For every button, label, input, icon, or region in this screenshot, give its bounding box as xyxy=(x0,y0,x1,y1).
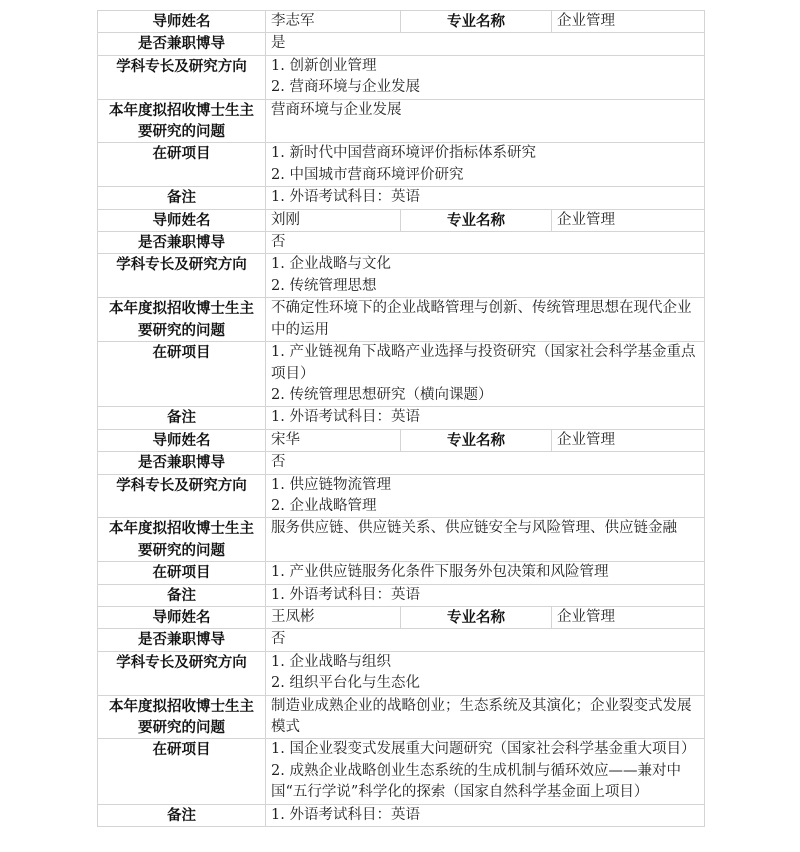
row-projects: 在研项目 1. 国企业裂变式发展重大问题研究（国家社会科学基金重大项目）2. 成… xyxy=(98,739,705,804)
row-specialty: 学科专长及研究方向 1. 企业战略与文化2. 传统管理思想 xyxy=(98,254,705,298)
advisor-table: 导师姓名 李志军 专业名称 企业管理 是否兼职博导 是 学科专长及研究方向 1.… xyxy=(97,10,705,827)
label-topics: 本年度拟招收博士生主要研究的问题 xyxy=(98,298,266,342)
label-parttime: 是否兼职博导 xyxy=(98,232,266,254)
label-major: 专业名称 xyxy=(401,606,552,628)
row-topics: 本年度拟招收博士生主要研究的问题 营商环境与企业发展 xyxy=(98,99,705,143)
row-parttime: 是否兼职博导 否 xyxy=(98,232,705,254)
value-line: 营商环境与企业发展 xyxy=(271,100,699,121)
row-projects: 在研项目 1. 产业供应链服务化条件下服务外包决策和风险管理 xyxy=(98,562,705,584)
major-value: 企业管理 xyxy=(552,429,705,451)
value-line: 2. 营商环境与企业发展 xyxy=(271,77,699,98)
label-projects: 在研项目 xyxy=(98,739,266,804)
row-specialty: 学科专长及研究方向 1. 企业战略与组织2. 组织平台化与生态化 xyxy=(98,651,705,695)
label-advisor-name: 导师姓名 xyxy=(98,429,266,451)
parttime-value: 是 xyxy=(266,33,705,55)
label-specialty: 学科专长及研究方向 xyxy=(98,254,266,298)
row-specialty: 学科专长及研究方向 1. 创新创业管理2. 营商环境与企业发展 xyxy=(98,55,705,99)
label-notes: 备注 xyxy=(98,187,266,209)
value-line: 1. 供应链物流管理 xyxy=(271,475,699,496)
label-parttime: 是否兼职博导 xyxy=(98,33,266,55)
value-line: 1. 外语考试科目：英语 xyxy=(271,805,699,826)
notes-value: 1. 外语考试科目：英语 xyxy=(266,187,705,209)
topics-value: 营商环境与企业发展 xyxy=(266,99,705,143)
label-advisor-name: 导师姓名 xyxy=(98,209,266,231)
value-line: 2. 中国城市营商环境评价研究 xyxy=(271,165,699,186)
row-projects: 在研项目 1. 产业链视角下战略产业选择与投资研究（国家社会科学基金重点项目）2… xyxy=(98,342,705,407)
row-advisor-name: 导师姓名 刘刚 专业名称 企业管理 xyxy=(98,209,705,231)
label-notes: 备注 xyxy=(98,407,266,429)
row-parttime: 是否兼职博导 否 xyxy=(98,629,705,651)
value-line: 1. 新时代中国营商环境评价指标体系研究 xyxy=(271,143,699,164)
label-topics: 本年度拟招收博士生主要研究的问题 xyxy=(98,99,266,143)
advisor-name: 李志军 xyxy=(266,11,401,33)
value-line: 1. 外语考试科目：英语 xyxy=(271,407,699,428)
projects-value: 1. 产业链视角下战略产业选择与投资研究（国家社会科学基金重点项目）2. 传统管… xyxy=(266,342,705,407)
label-topics: 本年度拟招收博士生主要研究的问题 xyxy=(98,518,266,562)
specialty-value: 1. 供应链物流管理2. 企业战略管理 xyxy=(266,474,705,518)
value-line: 2. 传统管理思想 xyxy=(271,276,699,297)
row-notes: 备注 1. 外语考试科目：英语 xyxy=(98,407,705,429)
row-notes: 备注 1. 外语考试科目：英语 xyxy=(98,804,705,826)
topics-value: 不确定性环境下的企业战略管理与创新、传统管理思想在现代企业中的运用 xyxy=(266,298,705,342)
label-parttime: 是否兼职博导 xyxy=(98,452,266,474)
specialty-value: 1. 企业战略与组织2. 组织平台化与生态化 xyxy=(266,651,705,695)
label-advisor-name: 导师姓名 xyxy=(98,11,266,33)
specialty-value: 1. 创新创业管理2. 营商环境与企业发展 xyxy=(266,55,705,99)
label-advisor-name: 导师姓名 xyxy=(98,606,266,628)
row-topics: 本年度拟招收博士生主要研究的问题 服务供应链、供应链关系、供应链安全与风险管理、… xyxy=(98,518,705,562)
value-line: 1. 产业链视角下战略产业选择与投资研究（国家社会科学基金重点项目） xyxy=(271,342,699,385)
major-value: 企业管理 xyxy=(552,606,705,628)
topics-value: 制造业成熟企业的战略创业；生态系统及其演化；企业裂变式发展模式 xyxy=(266,695,705,739)
label-projects: 在研项目 xyxy=(98,562,266,584)
value-line: 2. 成熟企业战略创业生态系统的生成机制与循环效应——兼对中国“五行学说”科学化… xyxy=(271,761,699,804)
notes-value: 1. 外语考试科目：英语 xyxy=(266,804,705,826)
label-topics: 本年度拟招收博士生主要研究的问题 xyxy=(98,695,266,739)
notes-value: 1. 外语考试科目：英语 xyxy=(266,407,705,429)
topics-value: 服务供应链、供应链关系、供应链安全与风险管理、供应链金融 xyxy=(266,518,705,562)
value-line: 1. 产业供应链服务化条件下服务外包决策和风险管理 xyxy=(271,562,699,583)
row-notes: 备注 1. 外语考试科目：英语 xyxy=(98,187,705,209)
row-parttime: 是否兼职博导 是 xyxy=(98,33,705,55)
label-projects: 在研项目 xyxy=(98,342,266,407)
advisor-name: 刘刚 xyxy=(266,209,401,231)
row-specialty: 学科专长及研究方向 1. 供应链物流管理2. 企业战略管理 xyxy=(98,474,705,518)
row-notes: 备注 1. 外语考试科目：英语 xyxy=(98,584,705,606)
value-line: 不确定性环境下的企业战略管理与创新、传统管理思想在现代企业中的运用 xyxy=(271,298,699,341)
major-value: 企业管理 xyxy=(552,11,705,33)
row-topics: 本年度拟招收博士生主要研究的问题 不确定性环境下的企业战略管理与创新、传统管理思… xyxy=(98,298,705,342)
label-major: 专业名称 xyxy=(401,209,552,231)
value-line: 1. 国企业裂变式发展重大问题研究（国家社会科学基金重大项目） xyxy=(271,739,699,760)
label-major: 专业名称 xyxy=(401,11,552,33)
row-advisor-name: 导师姓名 王凤彬 专业名称 企业管理 xyxy=(98,606,705,628)
projects-value: 1. 产业供应链服务化条件下服务外包决策和风险管理 xyxy=(266,562,705,584)
value-line: 服务供应链、供应链关系、供应链安全与风险管理、供应链金融 xyxy=(271,518,699,539)
label-specialty: 学科专长及研究方向 xyxy=(98,474,266,518)
notes-value: 1. 外语考试科目：英语 xyxy=(266,584,705,606)
projects-value: 1. 新时代中国营商环境评价指标体系研究2. 中国城市营商环境评价研究 xyxy=(266,143,705,187)
major-value: 企业管理 xyxy=(552,209,705,231)
parttime-value: 否 xyxy=(266,232,705,254)
label-notes: 备注 xyxy=(98,804,266,826)
value-line: 1. 外语考试科目：英语 xyxy=(271,585,699,606)
label-parttime: 是否兼职博导 xyxy=(98,629,266,651)
value-line: 2. 企业战略管理 xyxy=(271,496,699,517)
specialty-value: 1. 企业战略与文化2. 传统管理思想 xyxy=(266,254,705,298)
value-line: 2. 传统管理思想研究（横向课题） xyxy=(271,385,699,406)
parttime-value: 否 xyxy=(266,452,705,474)
value-line: 1. 企业战略与文化 xyxy=(271,254,699,275)
row-parttime: 是否兼职博导 否 xyxy=(98,452,705,474)
row-topics: 本年度拟招收博士生主要研究的问题 制造业成熟企业的战略创业；生态系统及其演化；企… xyxy=(98,695,705,739)
row-advisor-name: 导师姓名 宋华 专业名称 企业管理 xyxy=(98,429,705,451)
value-line: 1. 企业战略与组织 xyxy=(271,652,699,673)
projects-value: 1. 国企业裂变式发展重大问题研究（国家社会科学基金重大项目）2. 成熟企业战略… xyxy=(266,739,705,804)
row-advisor-name: 导师姓名 李志军 专业名称 企业管理 xyxy=(98,11,705,33)
row-projects: 在研项目 1. 新时代中国营商环境评价指标体系研究2. 中国城市营商环境评价研究 xyxy=(98,143,705,187)
advisor-table-body: 导师姓名 李志军 专业名称 企业管理 是否兼职博导 是 学科专长及研究方向 1.… xyxy=(98,11,705,827)
label-major: 专业名称 xyxy=(401,429,552,451)
label-notes: 备注 xyxy=(98,584,266,606)
label-projects: 在研项目 xyxy=(98,143,266,187)
value-line: 1. 创新创业管理 xyxy=(271,56,699,77)
value-line: 1. 外语考试科目：英语 xyxy=(271,187,699,208)
value-line: 2. 组织平台化与生态化 xyxy=(271,673,699,694)
label-specialty: 学科专长及研究方向 xyxy=(98,651,266,695)
parttime-value: 否 xyxy=(266,629,705,651)
advisor-name: 宋华 xyxy=(266,429,401,451)
label-specialty: 学科专长及研究方向 xyxy=(98,55,266,99)
value-line: 制造业成熟企业的战略创业；生态系统及其演化；企业裂变式发展模式 xyxy=(271,696,699,739)
advisor-name: 王凤彬 xyxy=(266,606,401,628)
